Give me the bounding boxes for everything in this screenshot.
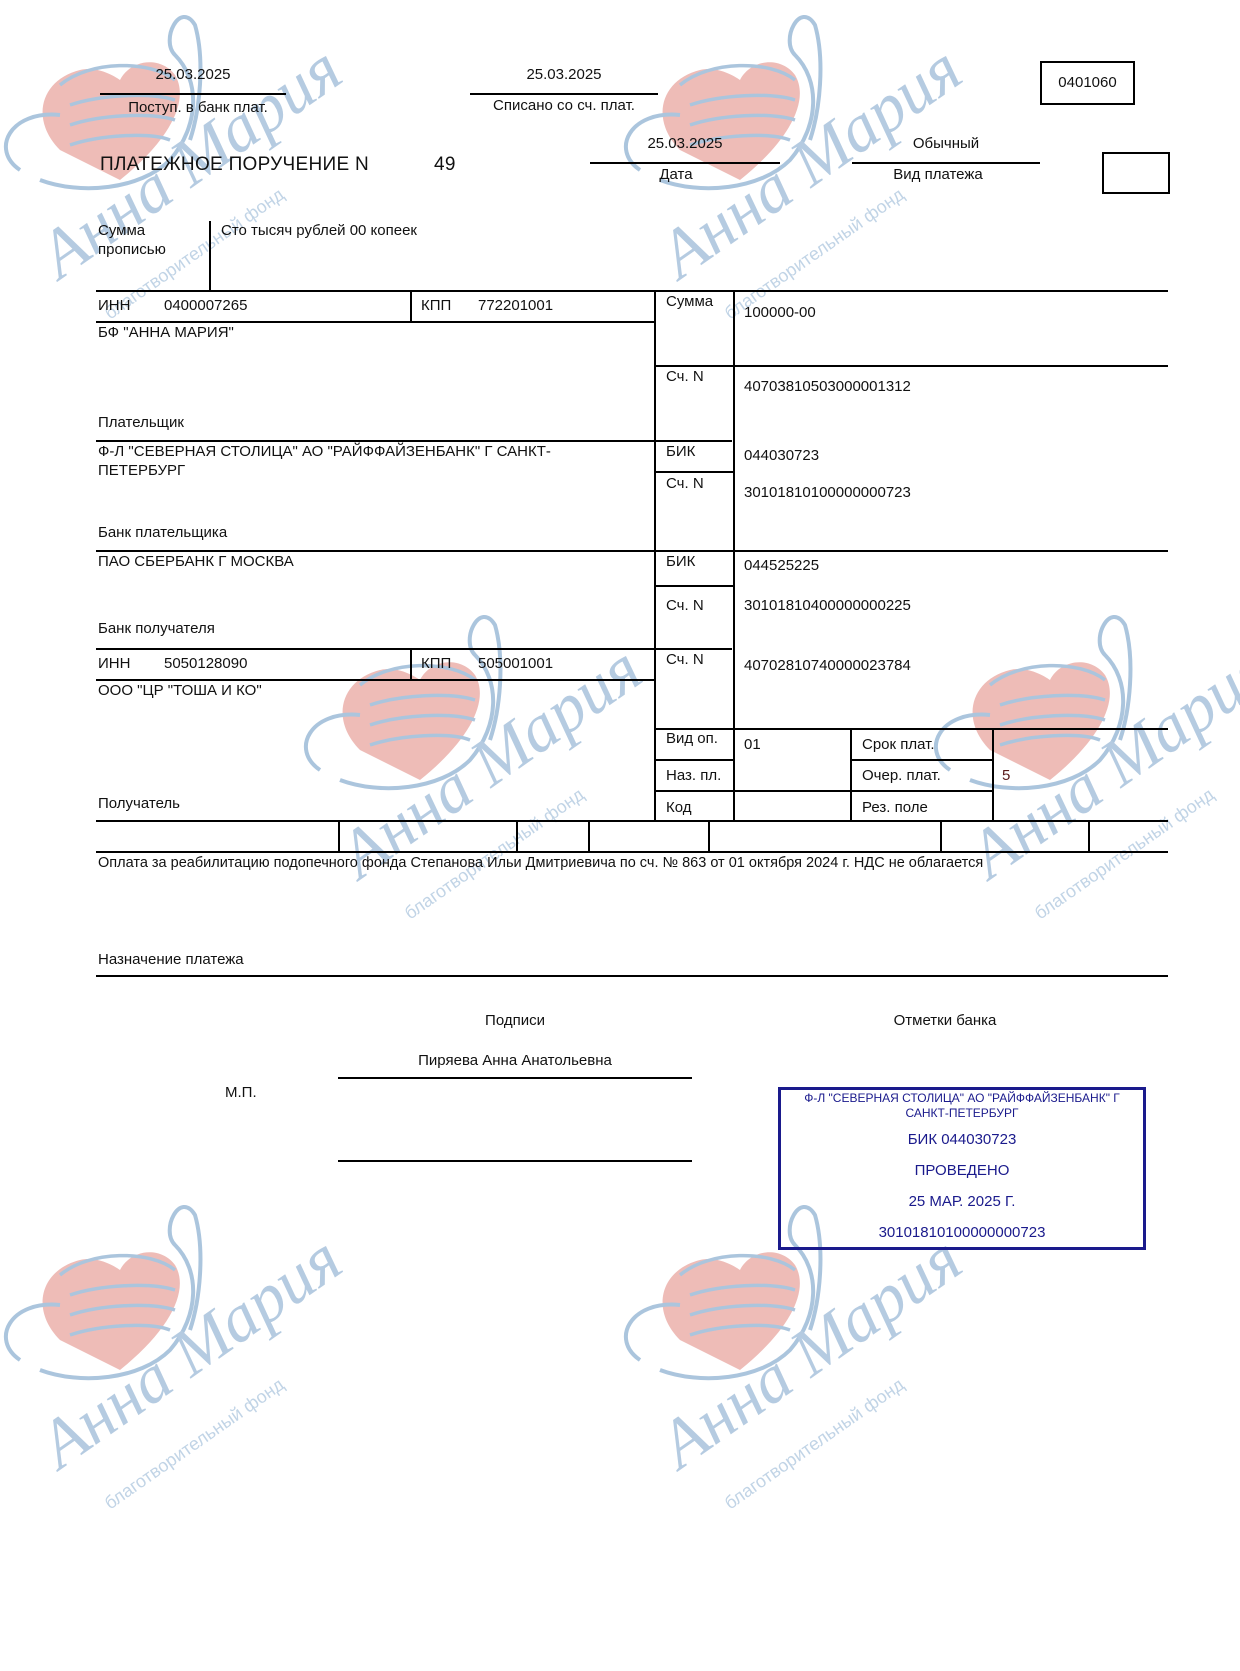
grid-line xyxy=(96,648,732,650)
purpose-text: Оплата за реабилитацию подопечного фонда… xyxy=(98,855,983,871)
payee-kpp: 505001001 xyxy=(478,655,553,672)
grid-line xyxy=(708,820,710,852)
grid-line xyxy=(654,790,992,792)
payer-bank-bik-label: БИК xyxy=(666,443,695,460)
form-code-box: 0401060 xyxy=(1040,61,1135,105)
document-number: 49 xyxy=(434,154,456,176)
payment-type: Обычный xyxy=(852,135,1040,152)
payer-account: 40703810503000001312 xyxy=(744,378,911,395)
document-date: 25.03.2025 xyxy=(590,135,780,152)
stamp-account: 30101810100000000723 xyxy=(781,1217,1143,1248)
payment-type-line xyxy=(852,162,1040,164)
document-date-line xyxy=(590,162,780,164)
debited-date-line xyxy=(470,93,658,95)
grid-line xyxy=(850,728,852,822)
grid-line xyxy=(940,820,942,852)
grid-line xyxy=(654,728,1168,730)
grid-line xyxy=(96,290,1168,292)
grid-line xyxy=(96,820,1168,822)
grid-line xyxy=(654,585,733,587)
code-label: Код xyxy=(666,799,692,816)
bank-stamp: Ф-Л "СЕВЕРНАЯ СТОЛИЦА" АО "РАЙФФАЙЗЕНБАН… xyxy=(778,1087,1146,1250)
payee-inn-label: ИНН xyxy=(98,655,130,672)
payer-bank-label: Банк плательщика xyxy=(98,524,227,541)
grid-line xyxy=(516,820,518,852)
stamp-bank-line-1: Ф-Л "СЕВЕРНАЯ СТОЛИЦА" АО "РАЙФФАЙЗЕНБАН… xyxy=(781,1092,1143,1105)
payer-name: БФ "АННА МАРИЯ" xyxy=(98,324,234,341)
payee-bank-account: 30101810400000000225 xyxy=(744,597,911,614)
grid-line xyxy=(96,679,654,681)
grid-line xyxy=(654,290,656,822)
payer-kpp: 772201001 xyxy=(478,297,553,314)
op-type-value: 01 xyxy=(744,736,761,753)
grid-line xyxy=(338,820,340,852)
stamp-status: ПРОВЕДЕНО xyxy=(781,1155,1143,1186)
op-type-label: Вид оп. xyxy=(666,730,718,747)
payee-bank-bik: 044525225 xyxy=(744,557,819,574)
payee-name: ООО "ЦР "ТОША И КО" xyxy=(98,682,262,699)
purpose-label: Назначение платежа xyxy=(98,951,244,968)
payment-type-label: Вид платежа xyxy=(852,166,1024,183)
grid-line xyxy=(96,440,732,442)
signature-line-1 xyxy=(338,1077,692,1079)
grid-line xyxy=(410,648,412,680)
amount-words-value: Сто тысяч рублей 00 копеек xyxy=(221,222,417,239)
grid-line xyxy=(96,975,1168,977)
grid-line xyxy=(410,290,412,323)
grid-line xyxy=(96,550,1168,552)
grid-line xyxy=(654,759,733,761)
grid-line xyxy=(96,321,654,323)
grid-line xyxy=(588,820,590,852)
payee-account: 40702810740000023784 xyxy=(744,657,911,674)
signatures-label: Подписи xyxy=(440,1012,590,1029)
payment-type-code-box xyxy=(1102,152,1170,194)
payee-bank-label: Банк получателя xyxy=(98,620,215,637)
stamp-bik: БИК 044030723 xyxy=(781,1124,1143,1155)
debited-label: Списано со сч. плат. xyxy=(470,97,658,114)
grid-line xyxy=(733,290,735,822)
payer-kpp-label: КПП xyxy=(421,297,451,314)
watermark-layer: Анна Мария благотворительный фонд xyxy=(0,0,1240,1671)
grid-line xyxy=(654,471,733,473)
amount-label: Сумма xyxy=(666,293,713,310)
document-date-label: Дата xyxy=(590,166,762,183)
grid-line xyxy=(96,851,1168,853)
signature-line-2 xyxy=(338,1160,692,1162)
page-title: ПЛАТЕЖНОЕ ПОРУЧЕНИЕ N xyxy=(100,154,369,176)
stamp-bank-line-2: САНКТ-ПЕТЕРБУРГ xyxy=(781,1107,1143,1120)
payer-inn-label: ИНН xyxy=(98,297,130,314)
form-code: 0401060 xyxy=(1042,63,1133,103)
payer-bank-name-1: Ф-Л "СЕВЕРНАЯ СТОЛИЦА" АО "РАЙФФАЙЗЕНБАН… xyxy=(98,443,551,460)
payer-label: Плательщик xyxy=(98,414,184,431)
amount-words-label-1: Сумма xyxy=(98,222,145,239)
payer-bank-name-2: ПЕТЕРБУРГ xyxy=(98,462,185,479)
grid-line xyxy=(1088,820,1090,852)
received-date-line xyxy=(100,93,286,95)
amount-value: 100000-00 xyxy=(744,304,816,321)
payee-kpp-label: КПП xyxy=(421,655,451,672)
payee-account-label: Сч. N xyxy=(666,651,704,668)
grid-line xyxy=(654,365,1168,367)
payer-bank-account: 30101810100000000723 xyxy=(744,484,911,501)
received-label: Поступ. в банк плат. xyxy=(100,99,296,116)
payee-label: Получатель xyxy=(98,795,180,812)
priority-label: Очер. плат. xyxy=(862,767,941,784)
reserve-label: Рез. поле xyxy=(862,799,928,816)
payer-bank-bik: 044030723 xyxy=(744,447,819,464)
due-label: Срок плат. xyxy=(862,736,935,753)
divider xyxy=(209,221,211,291)
debited-date: 25.03.2025 xyxy=(470,66,658,83)
payee-bank-bik-label: БИК xyxy=(666,553,695,570)
grid-line xyxy=(992,728,994,822)
payee-inn: 5050128090 xyxy=(164,655,247,672)
payer-account-label: Сч. N xyxy=(666,368,704,385)
bank-marks-label: Отметки банка xyxy=(800,1012,1090,1029)
payee-bank-name: ПАО СБЕРБАНК Г МОСКВА xyxy=(98,553,294,570)
payer-inn: 0400007265 xyxy=(164,297,247,314)
seal-label: М.П. xyxy=(225,1084,257,1101)
purpose-code-label: Наз. пл. xyxy=(666,767,721,784)
amount-words-label-2: прописью xyxy=(98,241,166,258)
payee-bank-account-label: Сч. N xyxy=(666,597,704,614)
grid-line xyxy=(850,759,992,761)
received-date: 25.03.2025 xyxy=(100,66,286,83)
stamp-date: 25 МАР. 2025 Г. xyxy=(781,1186,1143,1217)
signer-name: Пиряева Анна Анатольевна xyxy=(338,1052,692,1069)
priority-value: 5 xyxy=(1002,767,1010,784)
payer-bank-account-label: Сч. N xyxy=(666,475,704,492)
